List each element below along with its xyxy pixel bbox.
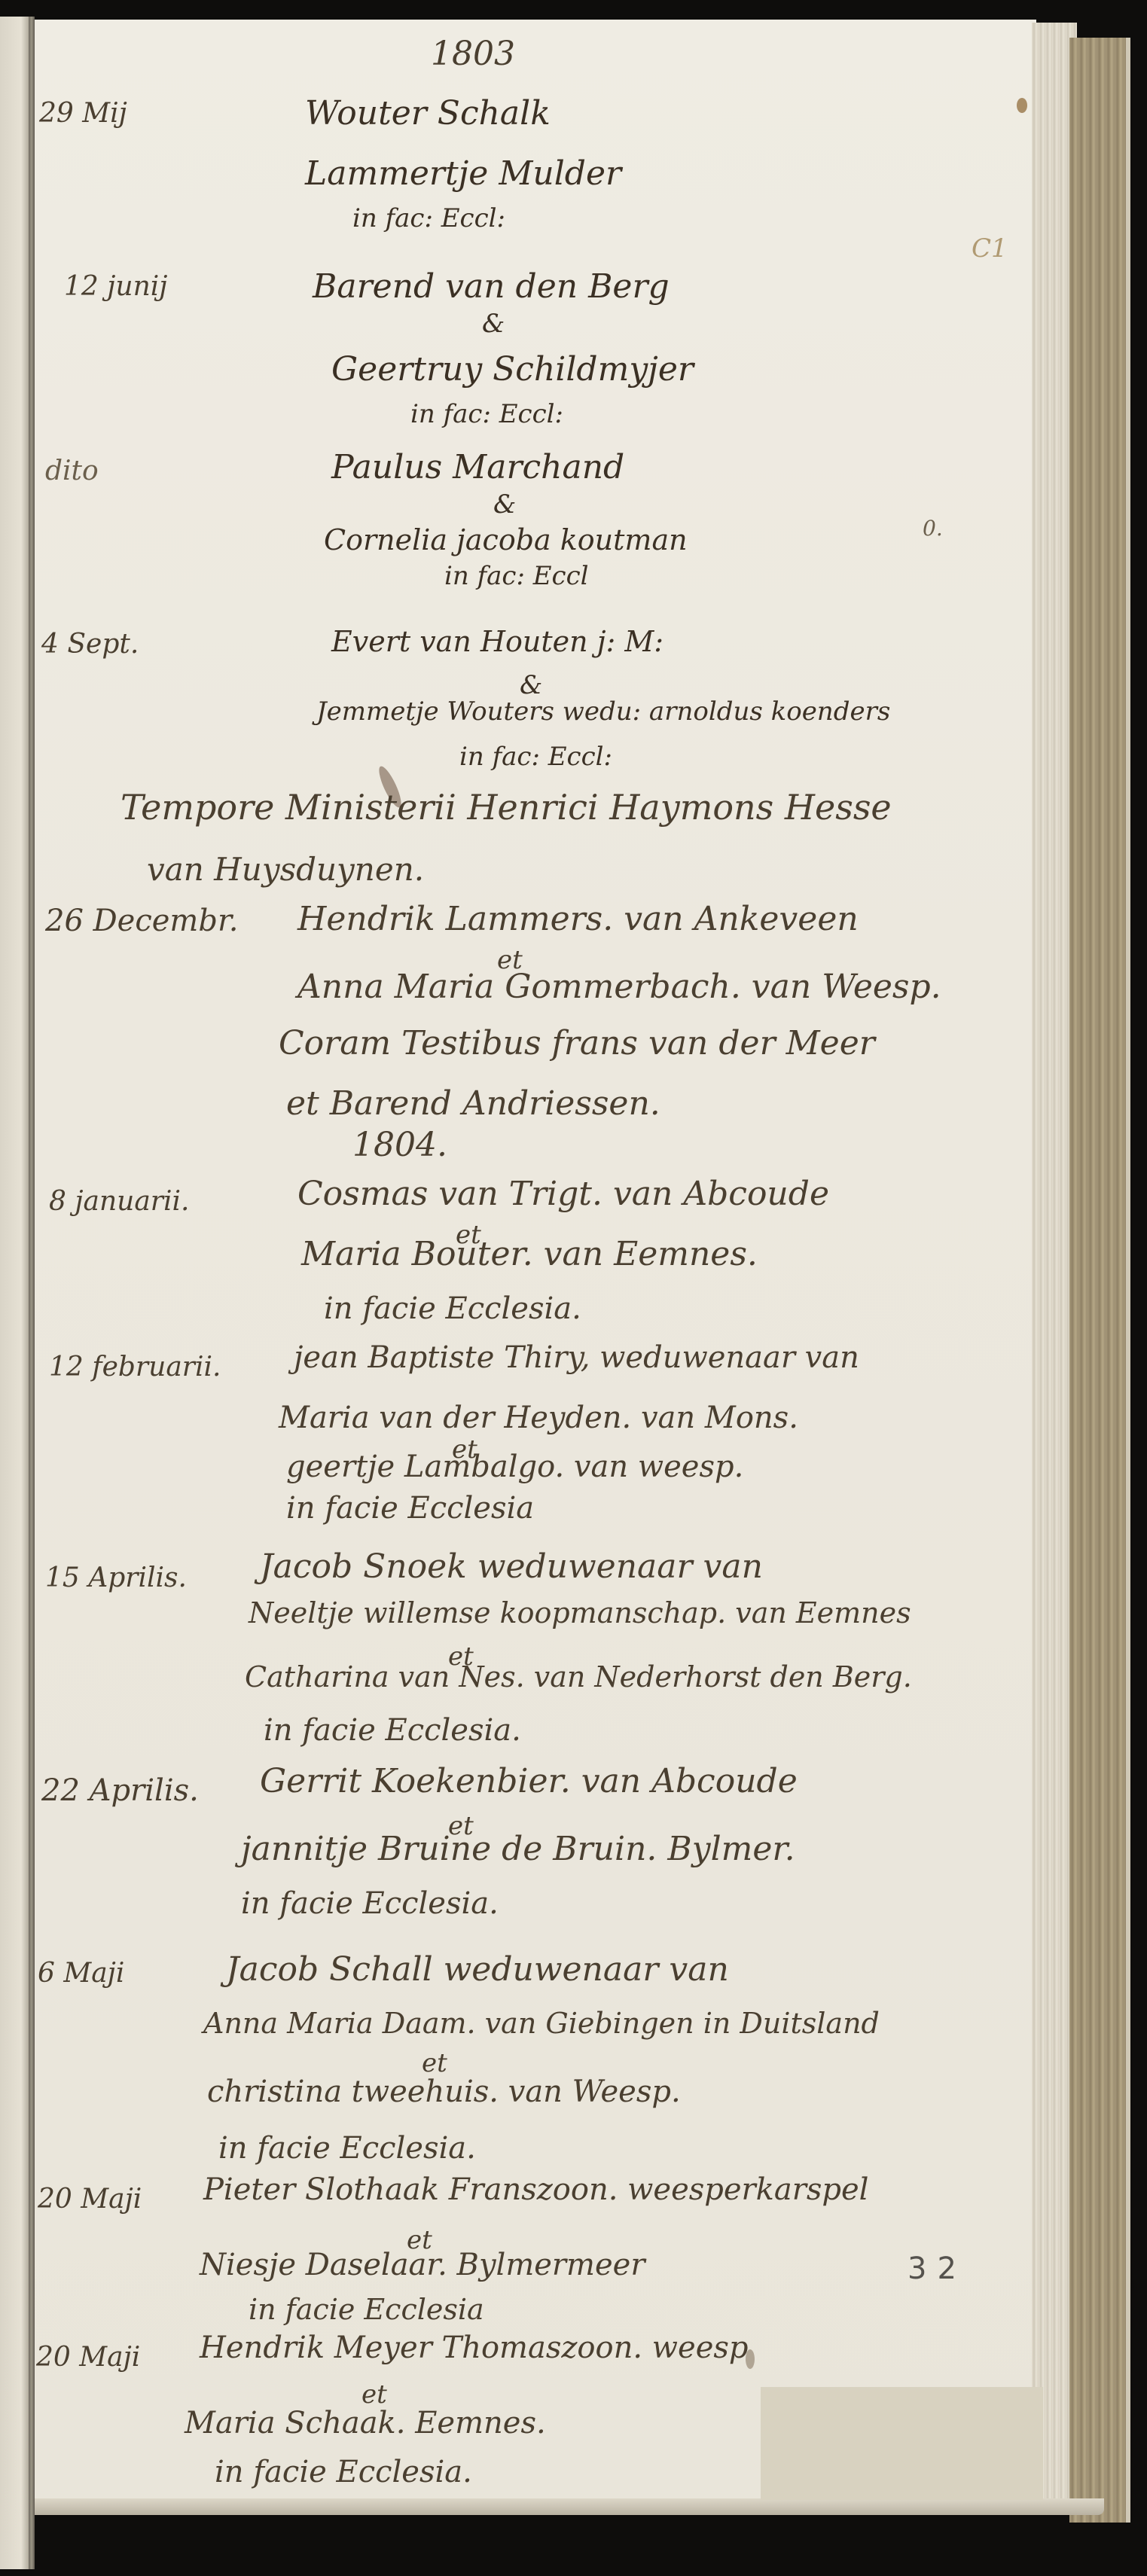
groom-name: Paulus Marchand (331, 448, 624, 486)
groom-name: Pieter Slothaak Franszoon. weesperkarspe… (203, 2172, 868, 2207)
first-wife-name: Maria van der Heyden. van Mons. (279, 1401, 798, 1435)
groom-name: Barend van den Berg (313, 267, 670, 306)
entry-date: 12 junij (64, 271, 167, 302)
in-facie-ecclesiae: in fac: Eccl (444, 561, 589, 591)
in-facie-ecclesiae: in facie Ecclesia (249, 2293, 484, 2326)
minister-note-cont: van Huysduynen. (147, 851, 424, 888)
bride-name: Maria Schaak. Eemnes. (185, 2406, 546, 2440)
margin-mark: 0. (923, 516, 943, 541)
entry-date: 20 Maji (38, 2184, 142, 2215)
ink-stain (1017, 98, 1027, 113)
groom-name: Jacob Snoek weduwenaar van (260, 1547, 763, 1586)
year-header: 1804. (352, 1126, 447, 1164)
first-wife-name: Neeltje willemse koopmanschap. van Eemne… (249, 1596, 911, 1629)
minister-note: Tempore Ministerii Henrici Haymons Hesse (120, 787, 892, 828)
bride-name: geertje Lambalgo. van weesp. (286, 1450, 743, 1484)
in-facie-ecclesiae: in fac: Eccl: (459, 742, 612, 772)
entry-date: 6 Maji (38, 1958, 124, 1989)
et-conjunction: et (422, 2048, 447, 2078)
et-conjunction: et (361, 2379, 387, 2410)
in-facie-ecclesiae: in facie Ecclesia. (215, 2455, 472, 2489)
facing-page-edge (0, 17, 30, 2569)
ampersand: & (482, 309, 505, 339)
bride-name: Jemmetje Wouters wedu: arnoldus koenders (316, 697, 890, 727)
in-facie-ecclesiae: in facie Ecclesia. (218, 2131, 476, 2166)
in-facie-ecclesiae: in facie Ecclesia. (241, 1886, 499, 1921)
page-bottom-edge (35, 2498, 1104, 2515)
in-facie-ecclesiae: in fac: Eccl: (410, 399, 563, 429)
entry-date: 20 Maji (36, 2342, 140, 2373)
witnesses: Coram Testibus frans van der Meer (279, 1024, 875, 1062)
groom-name: Cosmas van Trigt. van Abcoude (297, 1175, 829, 1213)
in-facie-ecclesiae: in facie Ecclesia. (324, 1291, 581, 1326)
groom-name: Evert van Houten j: M: (331, 625, 663, 658)
bride-name: Maria Bouter. van Eemnes. (301, 1235, 758, 1273)
first-wife-name: Anna Maria Daam. van Giebingen in Duitsl… (203, 2007, 880, 2040)
ampersand: & (493, 489, 516, 520)
page-number: 32 (908, 2251, 967, 2286)
in-facie-ecclesiae: in facie Ecclesia (286, 1491, 534, 1526)
groom-name: Jacob Schall weduwenaar van (226, 1950, 729, 1989)
bride-name: Catharina van Nes. van Nederhorst den Be… (245, 1660, 912, 1693)
groom-name: Wouter Schalk (305, 94, 551, 133)
in-facie-ecclesiae: in fac: Eccl: (352, 203, 505, 233)
entry-date: 15 Aprilis. (45, 1562, 187, 1593)
bride-name: jannitje Bruine de Bruin. Bylmer. (241, 1830, 795, 1868)
book-gutter (29, 17, 35, 2569)
pasted-paper-slip (761, 2387, 1043, 2500)
entry-date: 4 Sept. (41, 629, 139, 660)
bride-name: Lammertje Mulder (305, 154, 621, 193)
bride-name: Niesje Daselaar. Bylmermeer (200, 2248, 645, 2282)
bride-name: Geertruy Schildmyjer (331, 350, 694, 389)
groom-name: Hendrik Meyer Thomaszoon. weesp (200, 2331, 749, 2365)
entry-date: 22 Aprilis. (41, 1773, 199, 1808)
entry-date: dito (45, 456, 99, 486)
entry-date: 8 januarii. (49, 1186, 190, 1217)
book-block-edge (1069, 38, 1130, 2523)
witnesses-cont: et Barend Andriessen. (286, 1084, 660, 1123)
margin-mark: C1 (972, 233, 1008, 264)
entry-date: 26 Decembr. (45, 904, 238, 938)
entry-date: 12 februarii. (49, 1352, 221, 1383)
groom-name: Hendrik Lammers. van Ankeveen (297, 900, 859, 938)
bride-name: Anna Maria Gommerbach. van Weesp. (297, 968, 941, 1006)
groom-name: jean Baptiste Thiry, weduwenaar van (294, 1340, 859, 1375)
bride-name: christina tweehuis. van Weesp. (207, 2075, 681, 2109)
entry-date: 29 Mij (39, 98, 127, 129)
bride-name: Cornelia jacoba koutman (324, 523, 688, 556)
groom-name: Gerrit Koekenbier. van Abcoude (260, 1762, 798, 1800)
in-facie-ecclesiae: in facie Ecclesia. (264, 1713, 521, 1748)
year-header: 1803 (431, 35, 515, 73)
ampersand: & (520, 670, 542, 700)
